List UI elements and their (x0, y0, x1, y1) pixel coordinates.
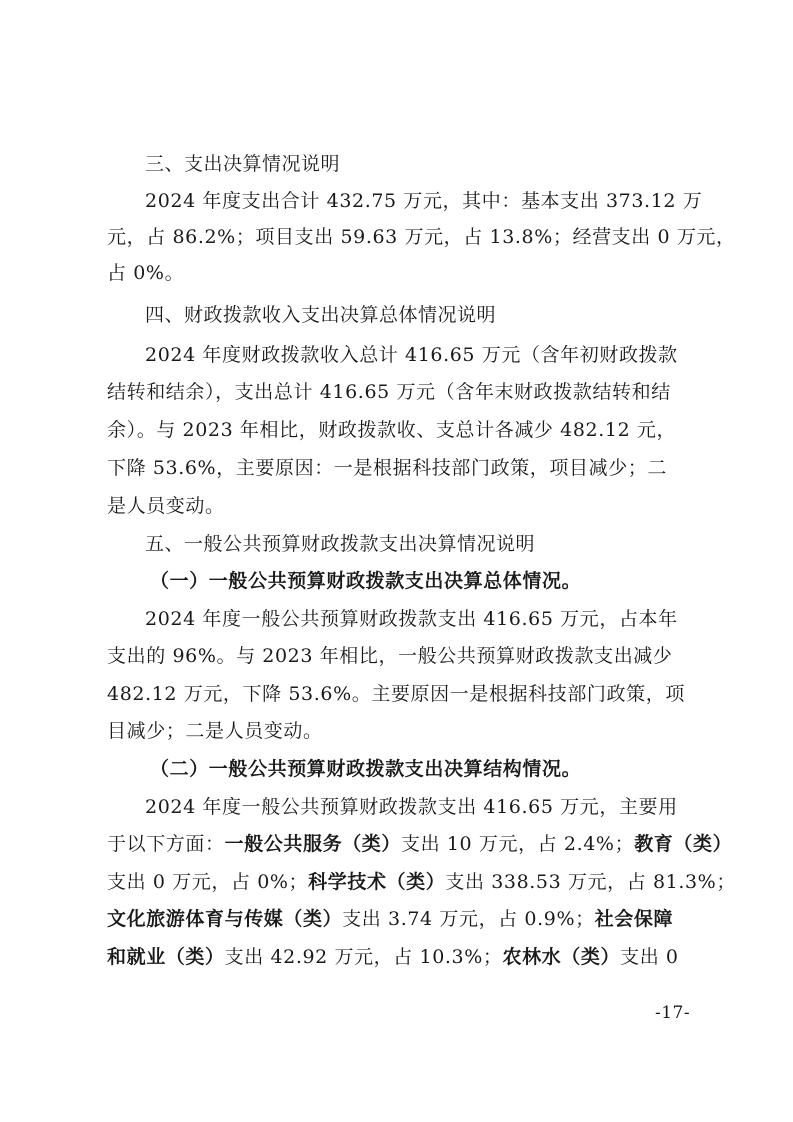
paragraph-line: 2024 年度一般公共预算财政拨款支出 416.65 万元，占本年 (145, 607, 729, 631)
paragraph-line: 结转和结余），支出总计 416.65 万元（含年末财政拨款结转和结 (107, 380, 691, 404)
page-number: -17- (655, 1003, 690, 1023)
category-culture-tourism-sports-media: 文化旅游体育与传媒（类） (107, 908, 342, 930)
paragraph-line: 占 0%。 (107, 261, 691, 285)
paragraph-line: 下降 53.6%，主要原因：一是根据科技部门政策，项目减少；二 (107, 456, 691, 480)
paragraph-line: 支出 0 万元，占 0%；科学技术（类）支出 338.53 万元，占 81.3%… (107, 870, 691, 894)
text-run: 支出 0 (620, 946, 679, 968)
paragraph-line: 文化旅游体育与传媒（类）支出 3.74 万元，占 0.9%；社会保障 (107, 907, 691, 931)
paragraph-line: 2024 年度财政拨款收入总计 416.65 万元（含年初财政拨款 (145, 343, 729, 367)
text-run: 支出 0 万元，占 0%； (107, 871, 308, 893)
document-page: 三、支出决算情况说明 2024 年度支出合计 432.75 万元，其中：基本支出… (0, 0, 793, 1122)
text-run: 支出 338.53 万元，占 81.3%； (445, 871, 736, 893)
paragraph-line: 482.12 万元，下降 53.6%。主要原因一是根据科技部门政策，项 (107, 682, 691, 706)
section-heading-general-budget: 五、一般公共预算财政拨款支出决算情况说明 (145, 532, 729, 556)
section-heading-fiscal-overall: 四、财政拨款收入支出决算总体情况说明 (145, 303, 729, 327)
paragraph-line: 支出的 96%。与 2023 年相比，一般公共预算财政拨款支出减少 (107, 644, 691, 668)
text-run: 支出 42.92 万元，占 10.3%； (225, 946, 503, 968)
category-general-public-services: 一般公共服务（类） (225, 833, 401, 855)
subsection-heading-overall: （一）一般公共预算财政拨款支出决算总体情况。 (150, 569, 734, 593)
category-science-technology: 科学技术（类） (308, 871, 445, 893)
subsection-heading-structure: （二）一般公共预算财政拨款支出决算结构情况。 (150, 757, 734, 781)
category-employment: 和就业（类） (107, 946, 225, 968)
paragraph-line: 2024 年度一般公共预算财政拨款支出 416.65 万元，主要用 (145, 795, 729, 819)
category-social-security: 社会保障 (595, 908, 673, 930)
paragraph-line: 是人员变动。 (107, 494, 691, 518)
paragraph-line: 目减少；二是人员变动。 (107, 719, 691, 743)
text-run: 支出 10 万元，占 2.4%； (401, 833, 634, 855)
paragraph-line: 2024 年度支出合计 432.75 万元，其中：基本支出 373.12 万 (145, 189, 729, 213)
paragraph-line: 于以下方面：一般公共服务（类）支出 10 万元，占 2.4%；教育（类） (107, 832, 691, 856)
category-education: 教育（类） (634, 833, 732, 855)
paragraph-line: 和就业（类）支出 42.92 万元，占 10.3%；农林水（类）支出 0 (107, 945, 691, 969)
section-heading-expenditure: 三、支出决算情况说明 (145, 152, 729, 176)
text-run: 于以下方面： (107, 833, 225, 855)
category-agriculture-forestry-water: 农林水（类） (502, 946, 620, 968)
text-run: 支出 3.74 万元，占 0.9%； (342, 908, 595, 930)
paragraph-line: 余）。与 2023 年相比，财政拨款收、支总计各减少 482.12 元， (107, 418, 691, 442)
paragraph-line: 元，占 86.2%；项目支出 59.63 万元，占 13.8%；经营支出 0 万… (107, 225, 691, 249)
